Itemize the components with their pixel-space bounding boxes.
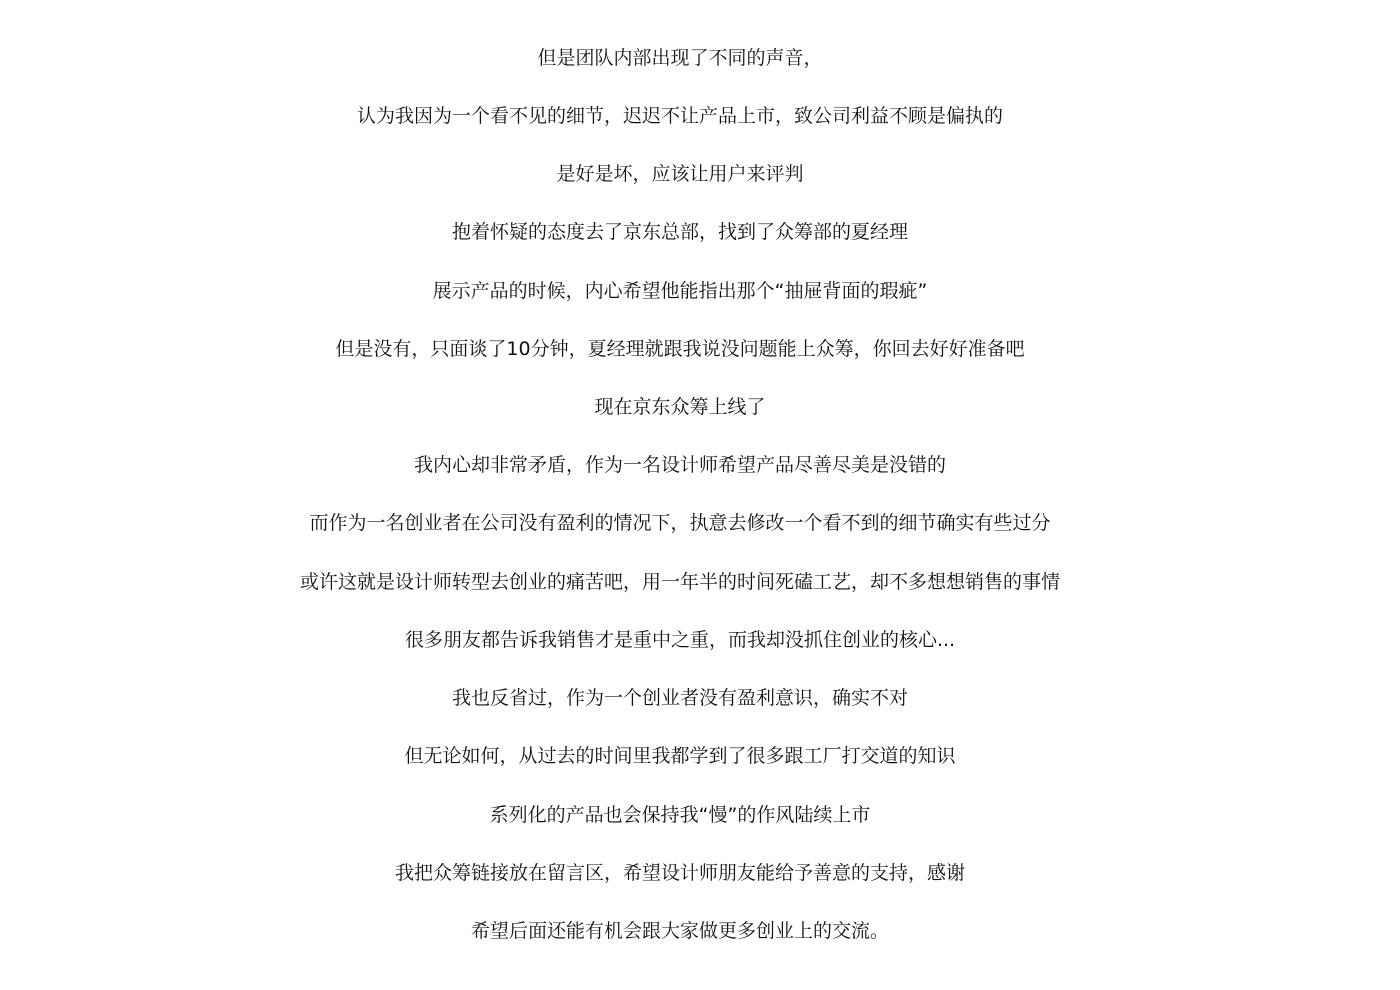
text-line: 我把众筹链接放在留言区，希望设计师朋友能给予善意的支持，感谢 xyxy=(0,861,1360,885)
text-line: 抱着怀疑的态度去了京东总部，找到了众筹部的夏经理 xyxy=(0,220,1360,244)
text-line: 但无论如何，从过去的时间里我都学到了很多跟工厂打交道的知识 xyxy=(0,744,1360,768)
text-line: 是好是坏，应该让用户来评判 xyxy=(0,162,1360,186)
article-text-block: 但是团队内部出现了不同的声音， 认为我因为一个看不见的细节，迟迟不让产品上市，致… xyxy=(0,0,1360,990)
text-line: 很多朋友都告诉我销售才是重中之重，而我却没抓住创业的核心... xyxy=(0,628,1360,652)
text-line: 但是团队内部出现了不同的声音， xyxy=(0,46,1360,70)
text-line: 我内心却非常矛盾，作为一名设计师希望产品尽善尽美是没错的 xyxy=(0,453,1360,477)
text-line: 现在京东众筹上线了 xyxy=(0,395,1360,419)
text-line: 希望后面还能有机会跟大家做更多创业上的交流。 xyxy=(0,919,1360,943)
text-line: 而作为一名创业者在公司没有盈利的情况下，执意去修改一个看不到的细节确实有些过分 xyxy=(0,511,1360,535)
text-line: 我也反省过，作为一个创业者没有盈利意识，确实不对 xyxy=(0,686,1360,710)
text-line: 认为我因为一个看不见的细节，迟迟不让产品上市，致公司利益不顾是偏执的 xyxy=(0,104,1360,128)
text-line: 展示产品的时候，内心希望他能指出那个“抽屉背面的瑕疵” xyxy=(0,279,1360,303)
text-line: 系列化的产品也会保持我“慢”的作风陆续上市 xyxy=(0,803,1360,827)
text-line: 但是没有，只面谈了10分钟，夏经理就跟我说没问题能上众筹，你回去好好准备吧 xyxy=(0,337,1360,361)
text-line: 或许这就是设计师转型去创业的痛苦吧，用一年半的时间死磕工艺，却不多想想销售的事情 xyxy=(0,570,1360,594)
